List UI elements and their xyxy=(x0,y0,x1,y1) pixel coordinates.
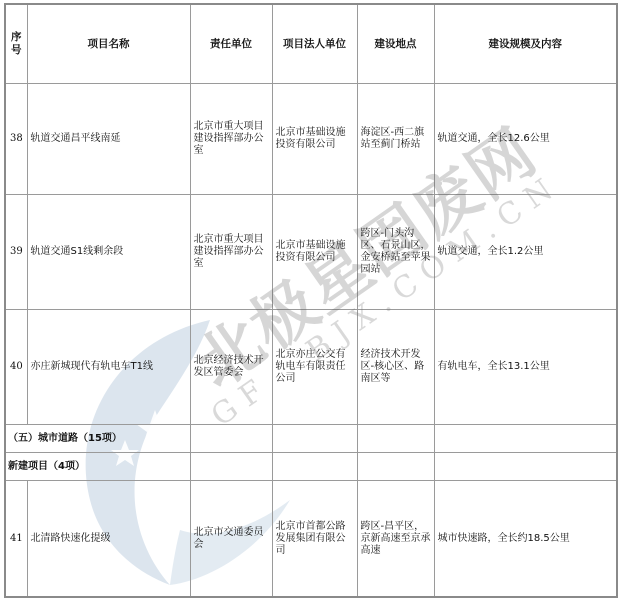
cell-scale: 有轨电车，全长13.1公里 xyxy=(434,310,617,425)
spreadsheet: 序号 项目名称 责任单位 项目法人单位 建设地点 建设规模及内容 38 轨道交通… xyxy=(4,3,618,598)
header-scale: 建设规模及内容 xyxy=(434,4,617,84)
empty-cell xyxy=(357,425,434,453)
cell-seq: 40 xyxy=(5,310,27,425)
empty-cell xyxy=(434,425,617,453)
header-legal-entity: 项目法人单位 xyxy=(272,4,357,84)
table-row: 39 轨道交通S1线剩余段 北京市重大项目建设指挥部办公室 北京市基础设施投资有… xyxy=(5,195,617,310)
cell-name: 轨道交通S1线剩余段 xyxy=(27,195,190,310)
cell-legal-entity: 北京亦庄公交有轨电车有限责任公司 xyxy=(272,310,357,425)
header-seq: 序号 xyxy=(5,4,27,84)
cell-scale: 轨道交通，全长12.6公里 xyxy=(434,84,617,195)
cell-responsible: 北京市重大项目建设指挥部办公室 xyxy=(190,84,272,195)
cell-legal-entity: 北京市首都公路发展集团有限公司 xyxy=(272,481,357,598)
cell-legal-entity: 北京市基础设施投资有限公司 xyxy=(272,195,357,310)
subsection-heading: 新建项目（4项） xyxy=(5,453,190,481)
empty-cell xyxy=(272,425,357,453)
cell-seq: 39 xyxy=(5,195,27,310)
header-row: 序号 项目名称 责任单位 项目法人单位 建设地点 建设规模及内容 xyxy=(5,4,617,84)
header-location: 建设地点 xyxy=(357,4,434,84)
section-heading: （五）城市道路（15项） xyxy=(5,425,190,453)
cell-responsible: 北京经济技术开发区管委会 xyxy=(190,310,272,425)
table-row: 40 亦庄新城现代有轨电车T1线 北京经济技术开发区管委会 北京亦庄公交有轨电车… xyxy=(5,310,617,425)
header-name: 项目名称 xyxy=(27,4,190,84)
cell-legal-entity: 北京市基础设施投资有限公司 xyxy=(272,84,357,195)
project-table: 序号 项目名称 责任单位 项目法人单位 建设地点 建设规模及内容 38 轨道交通… xyxy=(4,3,618,598)
cell-seq: 38 xyxy=(5,84,27,195)
cell-seq: 41 xyxy=(5,481,27,598)
header-responsible: 责任单位 xyxy=(190,4,272,84)
cell-scale: 城市快速路，全长约18.5公里 xyxy=(434,481,617,598)
cell-scale: 轨道交通，全长1.2公里 xyxy=(434,195,617,310)
cell-responsible: 北京市交通委员会 xyxy=(190,481,272,598)
section-heading-row: （五）城市道路（15项） xyxy=(5,425,617,453)
table-row: 38 轨道交通昌平线南延 北京市重大项目建设指挥部办公室 北京市基础设施投资有限… xyxy=(5,84,617,195)
empty-cell xyxy=(357,453,434,481)
empty-cell xyxy=(190,453,272,481)
table-row: 41 北清路快速化提级 北京市交通委员会 北京市首都公路发展集团有限公司 跨区-… xyxy=(5,481,617,598)
empty-cell xyxy=(190,425,272,453)
cell-responsible: 北京市重大项目建设指挥部办公室 xyxy=(190,195,272,310)
cell-location: 跨区-门头沟区、石景山区，金安桥站至苹果园站 xyxy=(357,195,434,310)
cell-location: 跨区-昌平区，京新高速至京承高速 xyxy=(357,481,434,598)
empty-cell xyxy=(272,453,357,481)
cell-name: 亦庄新城现代有轨电车T1线 xyxy=(27,310,190,425)
cell-name: 轨道交通昌平线南延 xyxy=(27,84,190,195)
subsection-heading-row: 新建项目（4项） xyxy=(5,453,617,481)
cell-location: 海淀区-西二旗站至蓟门桥站 xyxy=(357,84,434,195)
cell-location: 经济技术开发区-核心区、路南区等 xyxy=(357,310,434,425)
cell-name: 北清路快速化提级 xyxy=(27,481,190,598)
empty-cell xyxy=(434,453,617,481)
